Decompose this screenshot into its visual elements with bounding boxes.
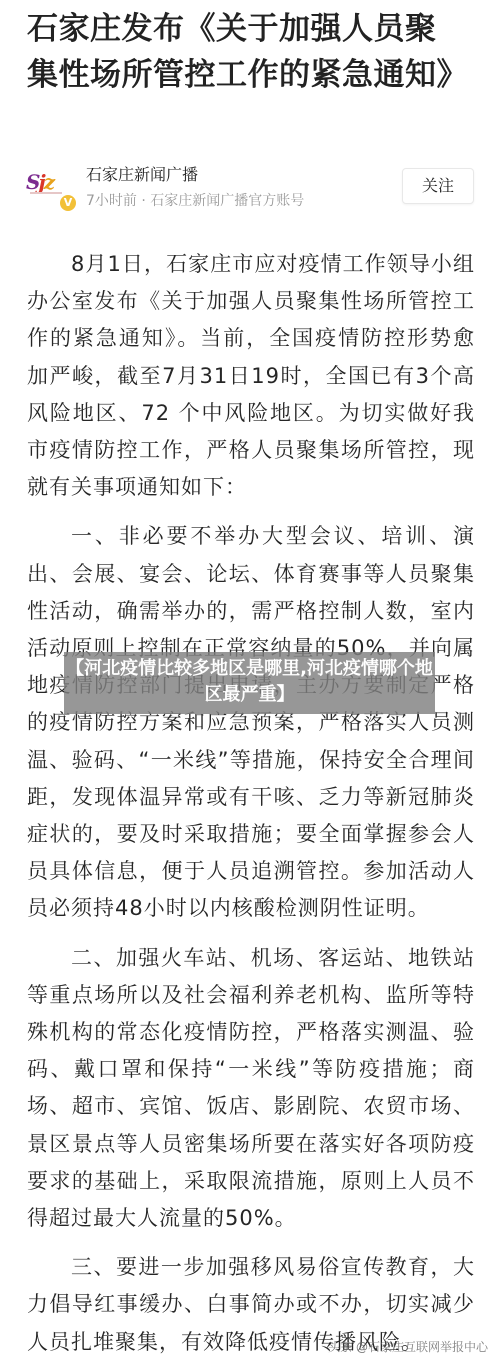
- author-name[interactable]: 石家庄新闻广播: [86, 162, 198, 185]
- body-paragraph: 8月1日，石家庄市应对疫情工作领导小组办公室发布《关于加强人员聚集性场所管控工作…: [27, 246, 475, 506]
- logo-subtitle-icon: [30, 192, 62, 194]
- avatar[interactable]: Sjz V: [26, 166, 76, 210]
- body-paragraph: 一、非必要不举办大型会议、培训、演出、会展、宴会、论坛、体育赛事等人员聚集性活动…: [27, 518, 475, 927]
- article-title: 石家庄发布《关于加强人员聚集性场所管控工作的紧急通知》: [27, 6, 467, 98]
- sjz-news-radio-logo-icon: Sjz: [26, 170, 53, 194]
- body-paragraph: 二、加强火车站、机场、客运站、地铁站等重点场所以及社会福利养老机构、监所等特殊机…: [27, 940, 475, 1238]
- verified-badge-icon: V: [60, 195, 76, 211]
- follow-button[interactable]: 关注: [402, 168, 474, 204]
- author-meta: 7小时前 · 石家庄新闻广播官方账号: [86, 190, 304, 210]
- overlay-caption-text: 【河北疫情比较多地区是哪里,河北疫情哪个地区最严重】: [64, 656, 435, 708]
- overlay-caption-banner: 【河北疫情比较多地区是哪里,河北疫情哪个地区最严重】: [64, 652, 435, 714]
- article-body: 8月1日，石家庄市应对疫情工作领导小组办公室发布《关于加强人员聚集性场所管控工作…: [27, 246, 475, 1365]
- author-bar: Sjz V 石家庄新闻广播 7小时前 · 石家庄新闻广播官方账号 关注: [0, 160, 500, 220]
- source-watermark: 头条 @石家庄互联网举报中心: [328, 1338, 488, 1355]
- article-page: 石家庄发布《关于加强人员聚集性场所管控工作的紧急通知》 Sjz V 石家庄新闻广…: [0, 0, 500, 1365]
